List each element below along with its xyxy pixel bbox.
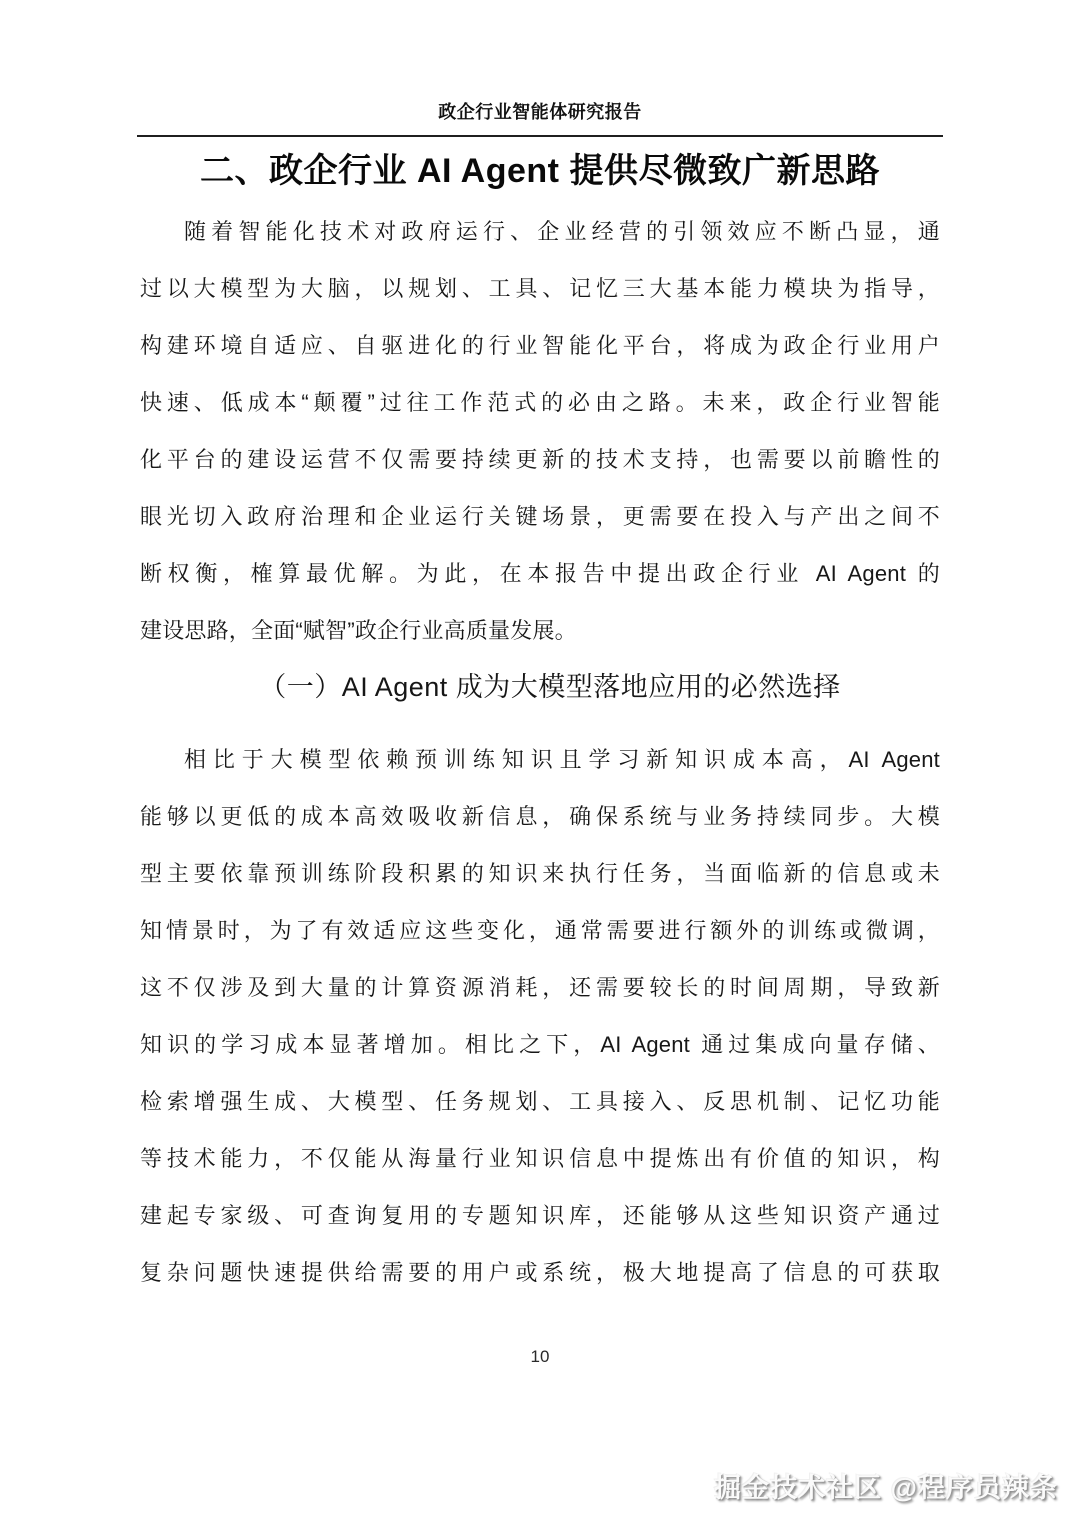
- body-line: 随着智能化技术对政府运行、企业经营的引领效应不断凸显，通: [140, 203, 940, 260]
- body-line: 构建环境自适应、自驱进化的行业智能化平台，将成为政企行业用户: [140, 317, 940, 374]
- body-line: 检索增强生成、大模型、任务规划、工具接入、反思机制、记忆功能: [140, 1073, 940, 1130]
- body-line: 等技术能力，不仅能从海量行业知识信息中提炼出有价值的知识，构: [140, 1130, 940, 1187]
- page-number: 10: [140, 1347, 940, 1367]
- body-line: 型主要依靠预训练阶段积累的知识来执行任务，当面临新的信息或未: [140, 845, 940, 902]
- document-body: 随着智能化技术对政府运行、企业经营的引领效应不断凸显，通 过以大模型为大脑，以规…: [140, 203, 940, 1367]
- section-title: 二、政企行业 AI Agent 提供尽微致广新思路: [130, 147, 950, 195]
- body-line: 眼光切入政府治理和企业运行关键场景，更需要在投入与产出之间不: [140, 488, 940, 545]
- body-line: 建设思路，全面“赋智”政企行业高质量发展。: [140, 602, 940, 659]
- body-line: 知识的学习成本显著增加。相比之下，AI Agent 通过集成向量存储、: [140, 1016, 940, 1073]
- page-header: 政企行业智能体研究报告: [137, 0, 943, 137]
- body-line: 能够以更低的成本高效吸收新信息，确保系统与业务持续同步。大模: [140, 788, 940, 845]
- paragraph-1: 随着智能化技术对政府运行、企业经营的引领效应不断凸显，通 过以大模型为大脑，以规…: [140, 203, 940, 659]
- body-line: 过以大模型为大脑，以规划、工具、记忆三大基本能力模块为指导，: [140, 260, 940, 317]
- body-line: 这不仅涉及到大量的计算资源消耗，还需要较长的时间周期，导致新: [140, 959, 940, 1016]
- body-line: 知情景时，为了有效适应这些变化，通常需要进行额外的训练或微调，: [140, 902, 940, 959]
- body-line: 建起专家级、可查询复用的专题知识库，还能够从这些知识资产通过: [140, 1187, 940, 1244]
- subsection-heading: （一）AI Agent 成为大模型落地应用的必然选择: [140, 667, 960, 707]
- watermark: 掘金技术社区 @程序员辣条: [714, 1466, 1058, 1505]
- body-line: 断权衡，榷算最优解。为此，在本报告中提出政企行业 AI Agent 的: [140, 545, 940, 602]
- paragraph-2: 相比于大模型依赖预训练知识且学习新知识成本高，AI Agent 能够以更低的成本…: [140, 731, 940, 1301]
- body-line: 相比于大模型依赖预训练知识且学习新知识成本高，AI Agent: [140, 731, 940, 788]
- report-page: 政企行业智能体研究报告 二、政企行业 AI Agent 提供尽微致广新思路 随着…: [0, 0, 1080, 1527]
- body-line: 化平台的建设运营不仅需要持续更新的技术支持，也需要以前瞻性的: [140, 431, 940, 488]
- report-header-title: 政企行业智能体研究报告: [438, 102, 642, 122]
- body-line: 复杂问题快速提供给需要的用户或系统，极大地提高了信息的可获取: [140, 1244, 940, 1301]
- body-line: 快速、低成本“颠覆”过往工作范式的必由之路。未来，政企行业智能: [140, 374, 940, 431]
